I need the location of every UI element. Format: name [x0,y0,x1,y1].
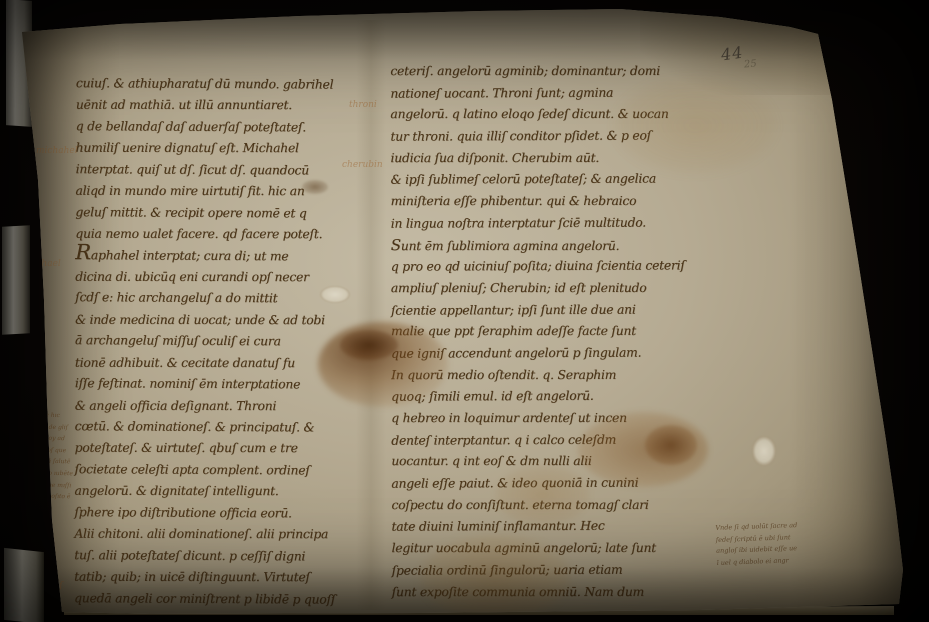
manuscript-line: & inde medicina di uocat; unde & ad tobi [75,310,377,332]
manuscript-line: ā archangeluſ miſſuſ oculiſ ei cura [75,330,377,353]
manuscript-line: aliqd in mundo mire uirtutiſ fit. hic an [76,181,378,203]
manuscript-line: q hebreo in loquimur ardenteſ ut incen [391,408,711,430]
secondary-folio-mark: 25 [744,58,758,70]
parchment-chip-right [752,436,776,466]
margin-gloss-raphael: raphael [26,259,61,269]
manuscript-line: angelorū. q latino eloqo ſedeſ dicunt. &… [390,104,710,126]
top-edge-shade [0,0,929,60]
gloss-line: aıſ que mıſſı [34,479,78,491]
manuscript-line: tionē adhibuit. & cecitate danatuſ fu [75,352,377,374]
folio-number: 44 [720,43,745,65]
manuscript-line: Sunt ēm ſublimiora agmina angelorū. [391,234,711,256]
bottom-right-annotation: Vnde ſi qd uolūt ſacre adſedeſ ſcriptū ē… [715,519,827,569]
gloss-line: de ppoſıto ē [34,491,78,503]
manuscript-photo: cuiuſ. & athiupharatuſ dū mundo. gabrihe… [0,0,929,622]
manuscript-line: ſcdſ e: hic archangeluſ a do mittit [75,288,377,311]
text-column-left: cuiuſ. & athiupharatuſ dū mundo. gabrihe… [74,73,378,610]
manuscript-line: ſunt expoſite communia omniū. Nam dum [392,581,712,603]
manuscript-line: humiliſ uenire dignatuſ eſt. Michahel [76,138,378,160]
manuscript-line: tate diuini luminiſ inflamantur. Hec [391,516,711,539]
manuscript-line: in lingua noſtra interptatur ſciē multit… [391,212,711,235]
manuscript-line: q pro eo qd uiciniuſ poſita; diuina ſcie… [391,255,711,278]
manuscript-line: malie que ppt ſeraphim adeſſe facte ſunt [391,321,711,343]
manuscript-line: denteſ interptantur. q i calco celeſdm [391,429,711,452]
manuscript-line: angeli eſſe paiut. & ideo quoniā in cuni… [391,472,711,495]
manuscript-line: geluſ mittit. & recipit opere nomē et q [75,202,377,225]
gloss-line: p nrā ſalutē [35,456,79,468]
margin-gloss-throni: throni [349,100,377,110]
manuscript-line: q de bellandaſ daſ aduerſaſ poteſtateſ. [76,116,378,139]
left-margin-annotation: uıde hıcque de gliſangloy admıſſoſ quep … [34,410,80,504]
manuscript-line: nationeſ uocant. Throni ſunt; agmina [390,82,710,105]
manuscript-line: ſcientie appellantur; ipſi ſunt ille due… [391,299,711,322]
gloss-line: angloy ad [35,433,79,445]
manuscript-line: cuiuſ. & athiupharatuſ dū mundo. gabrihe… [76,73,378,96]
text-column-right: ceteriſ. angelorū agminib; dominantur; d… [390,61,711,604]
margin-gloss-cherubin: cherubin [342,160,383,170]
manuscript-line: Raphahel interptat; cura di; ut me [75,245,377,268]
manuscript-line: & angeli officia deſignant. Throni [75,395,377,417]
gloss-line: que de gliſ [35,421,79,433]
manuscript-line: ſocietate celeſti apta complent. ordineſ [74,459,376,482]
manuscript-line: miniſteria eſſe phibentur. qui & hebraic… [391,191,711,213]
manuscript-line: uēnit ad mathiā. ut illū annuntiaret. [76,95,378,117]
manuscript-line: cœtū. & dominationeſ. & principatuſ. & [75,416,377,439]
manuscript-line: Alii chitoni. alii dominationeſ. alii pr… [74,524,376,546]
manuscript-line: ſphere ipo diſtributione officia eorū. [74,502,376,525]
manuscript-line: ſpecialia ordinū ſingulorū; uaria etiam [392,559,712,582]
parchment-page: cuiuſ. & athiupharatuſ dū mundo. gabrihe… [0,0,929,622]
manuscript-line: coſpectu do conſiſtunt. eterna tomagſ cl… [391,495,711,517]
manuscript-line: dicina di. ubicūq eni curandi opſ necer [75,267,377,289]
manuscript-line: ampliuſ pleniuſ; Cherubin; id eſt plenit… [391,278,711,300]
manuscript-line: tur throni. quia illiſ conditor pſidet. … [390,125,710,148]
manuscript-line: poteſtateſ. & uirtuteſ. qbuſ cum e tre [75,438,377,460]
manuscript-line: angelorū. & dignitateſ intelligunt. [74,481,376,503]
manuscript-line: & ipſi ſublimeſ celorū poteſtateſ; & ang… [391,169,711,192]
gloss-line: ıta do ıubēte [35,468,79,480]
manuscript-line: tatib; quib; in uicē diſtinguunt. Virtut… [74,567,376,589]
binding-leaf-edge-bottom [4,548,44,622]
manuscript-line: iſſe feſtinat. nominiſ ēm interptatione [75,373,377,396]
manuscript-line: quoq; ſimili emul. id eſt angelorū. [391,386,711,409]
manuscript-line: ceteriſ. angelorū agminib; dominantur; d… [390,61,710,83]
binding-leaf-edge-middle [2,225,30,334]
manuscript-line: que igniſ accendunt angelorū p ſingulam. [391,342,711,365]
manuscript-line: interptat. quiſ ut dſ. ſicut dſ. quandoc… [76,159,378,182]
manuscript-line: uocantur. q int eoſ & dm nulli alii [391,451,711,473]
manuscript-line: tuſ. alii poteſtateſ dicunt. p ceſſiſ di… [74,545,376,568]
gloss-line: mıſſoſ que [35,444,79,456]
margin-gloss-michahel: michahel [36,146,78,156]
gloss-line: uıde hıc [36,410,80,422]
manuscript-line: quia nemo ualet facere. qd facere poteſt… [75,224,377,246]
manuscript-line: legitur uocabula agminū angelorū; late ſ… [392,538,712,560]
manuscript-line: iudicia ſua diſponit. Cherubim aūt. [391,148,711,170]
manuscript-line: In quorū medio oſtendit. q. Seraphim [391,365,711,387]
manuscript-line: quedā angeli cor miniſtrent p libidē p q… [74,588,376,611]
